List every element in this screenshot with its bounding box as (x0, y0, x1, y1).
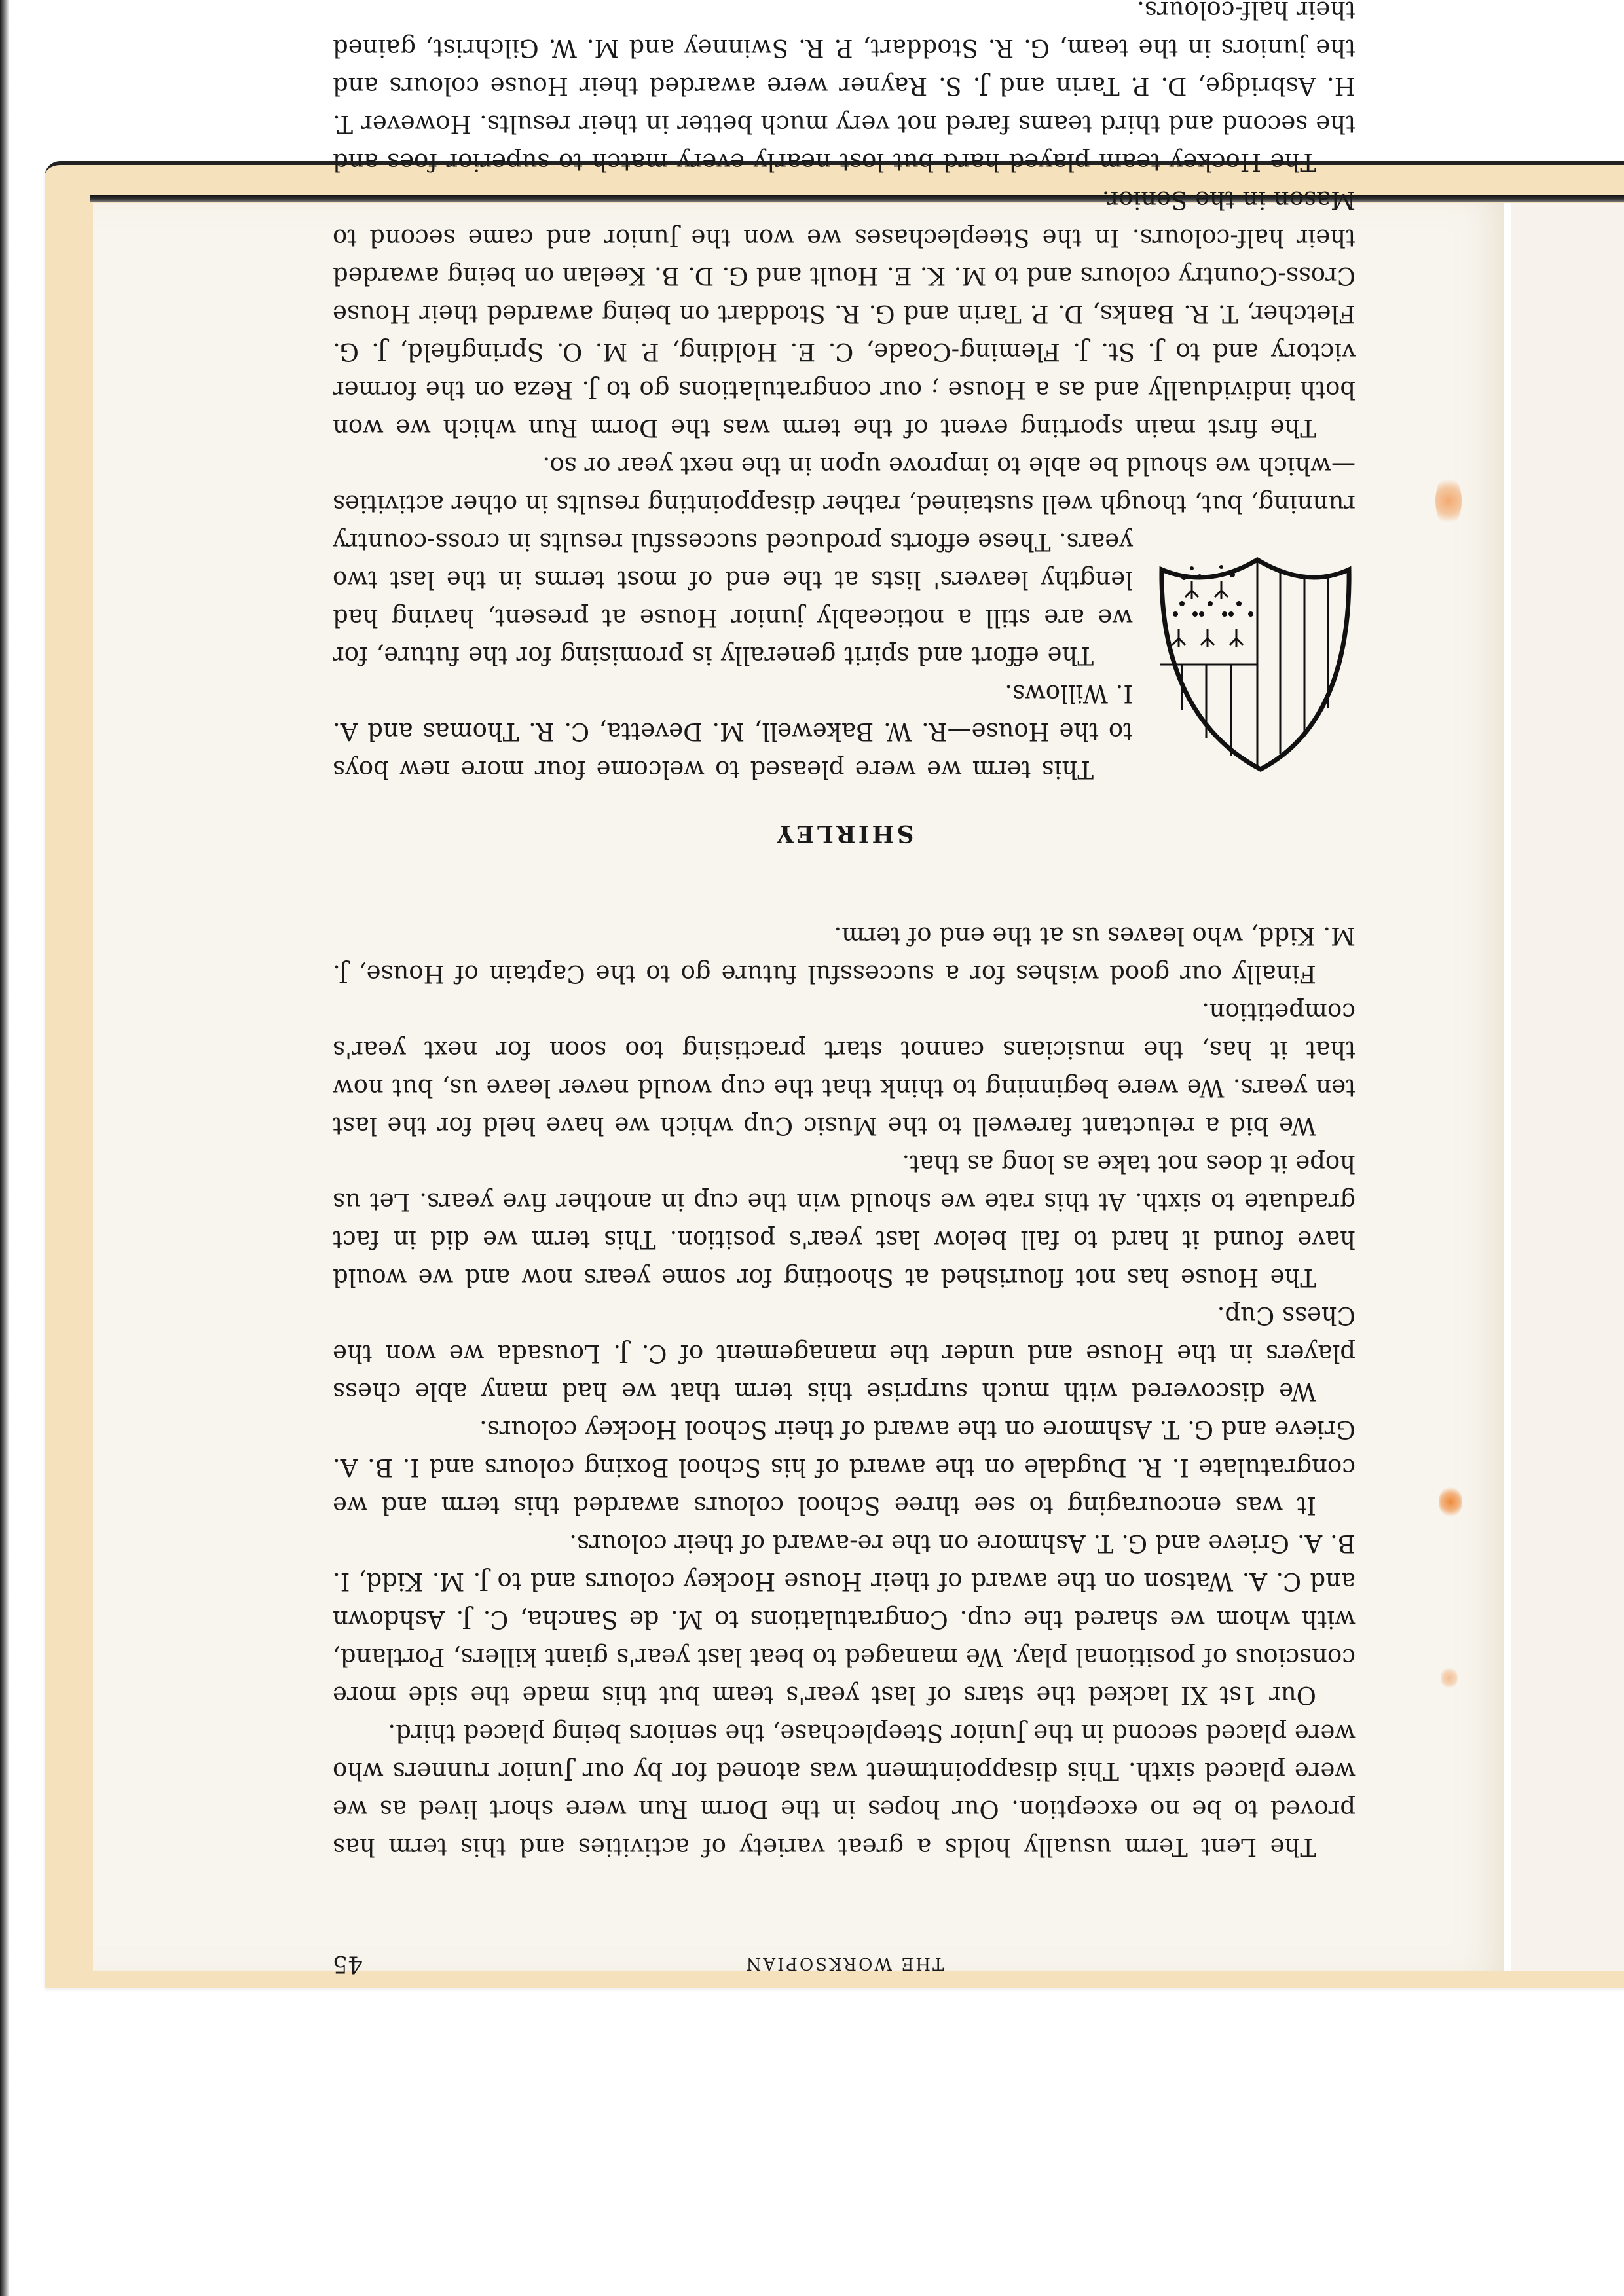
paragraph: The House has not flourished at Shooting… (333, 1144, 1356, 1296)
paragraph: The Lent Term usually holds a great vari… (333, 1714, 1356, 1866)
running-head: THE WORKSOPIAN 45 (333, 1938, 1356, 1977)
orange-stain-mark (1441, 1667, 1458, 1689)
page-content-upside-down: THE WORKSOPIAN 45 The Lent Term usually … (333, 452, 1356, 1977)
facing-page-edge (1504, 203, 1624, 1971)
article-body: The Lent Term usually holds a great vari… (333, 0, 1356, 1866)
page-number: 45 (333, 1950, 363, 1977)
paragraph: The first main sporting event of the ter… (333, 181, 1356, 446)
orange-stain-mark (1439, 1486, 1462, 1518)
paragraph: Finally our good wishes for a successful… (333, 917, 1356, 993)
paragraph: It was encouraging to see three School c… (333, 1410, 1356, 1524)
paragraph: Our 1st XI lacked the stars of last year… (333, 1524, 1356, 1714)
orange-stain-mark (1435, 475, 1462, 527)
shirley-crest-icon (1159, 550, 1356, 786)
section-heading-shirley: SHIRLEY (333, 814, 1356, 852)
scanner-edge-shadow (0, 0, 9, 2296)
paragraph: The Hockey team played hard but lost nea… (333, 0, 1356, 181)
paragraph: We discovered with much surprise this te… (333, 1296, 1356, 1410)
publication-title: THE WORKSOPIAN (333, 1954, 1356, 1973)
paragraph: We bid a reluctant farewell to the Music… (333, 993, 1356, 1144)
